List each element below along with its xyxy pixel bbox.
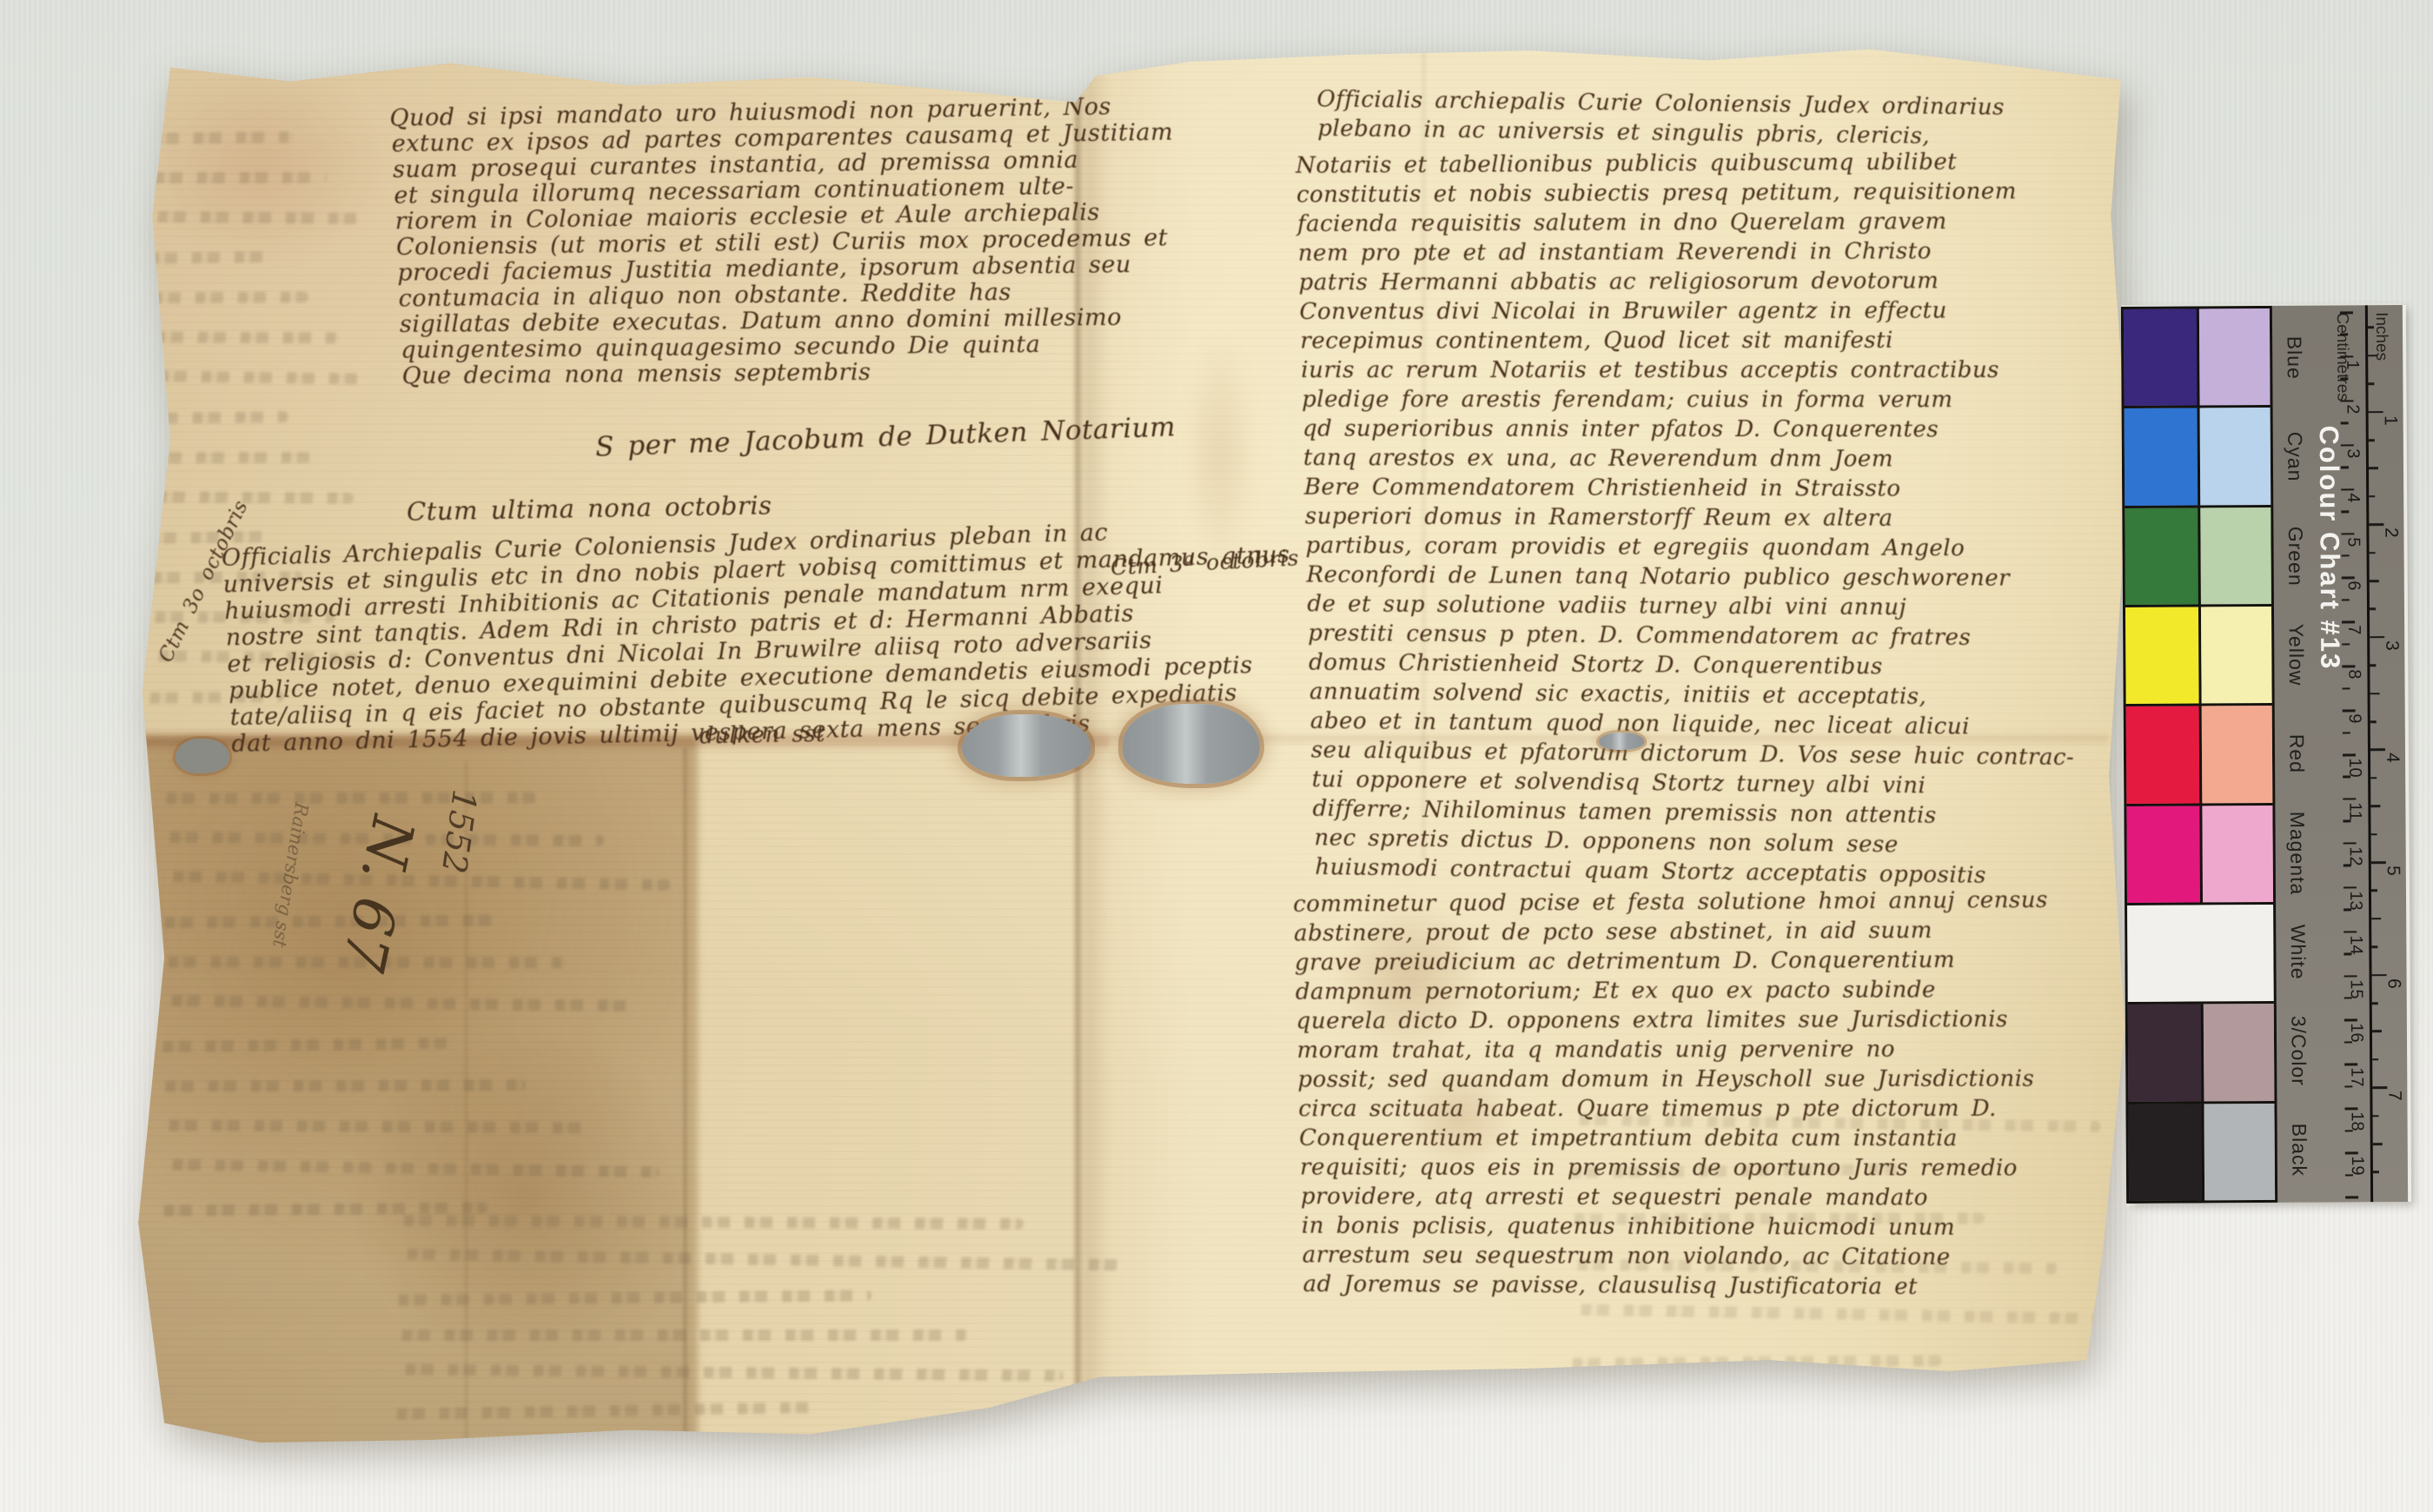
inch-tick xyxy=(2370,552,2376,554)
manuscript-sheet: Quod si ipsi mandato uro huiusmodi non p… xyxy=(130,48,2129,1447)
swatch-row-3-color xyxy=(2128,1004,2275,1104)
worm-hole-right xyxy=(1123,704,1260,784)
worm-hole-left xyxy=(962,714,1091,777)
inch-number: 3 xyxy=(2381,640,2402,651)
inch-tick xyxy=(2369,495,2375,498)
inch-tick xyxy=(2371,918,2381,920)
cm-tick xyxy=(2340,355,2353,358)
inch-number: 4 xyxy=(2382,753,2403,763)
bleedthrough-line xyxy=(168,1158,660,1177)
swatch-saturated xyxy=(2125,607,2202,704)
cm-tick xyxy=(2342,666,2355,668)
manuscript-line: providere, atq arresti et sequestri pena… xyxy=(1301,1182,2129,1213)
manuscript-line: moram trahat, ita q mandatis unig perven… xyxy=(1296,1034,2129,1065)
swatch-label: Green xyxy=(2275,507,2316,606)
manuscript-line: comminetur quod pcise et festa solutione… xyxy=(1293,885,2129,919)
cm-number: 16 xyxy=(2346,1024,2366,1043)
cm-number: 2 xyxy=(2343,404,2363,414)
cm-number: 10 xyxy=(2344,758,2364,777)
inch-tick xyxy=(2372,974,2387,977)
inch-tick xyxy=(2370,777,2377,779)
cm-tick xyxy=(2343,732,2350,734)
bleedthrough-line xyxy=(149,171,327,182)
right-page-main-text: Officialis archiepalis Curie Coloniensis… xyxy=(1291,88,2129,1302)
swatch-saturated xyxy=(2125,408,2201,506)
bleedthrough-line xyxy=(159,1202,487,1217)
inch-tick xyxy=(2372,1002,2378,1005)
inch-tick xyxy=(2371,945,2377,948)
manuscript-line: in bonis pclisis, quatenus inhibitione h… xyxy=(1302,1211,2129,1243)
bleedthrough-line xyxy=(161,1079,526,1092)
cm-tick xyxy=(2345,1196,2358,1198)
bleedthrough-line xyxy=(399,1215,1024,1230)
swatch-row-white xyxy=(2127,905,2274,1005)
manuscript-line: Reconfordi de Lunen tanq Notario publico… xyxy=(1307,560,2129,594)
bleedthrough-line xyxy=(157,1037,460,1052)
cm-tick xyxy=(2343,687,2350,690)
archival-number: N. 67 xyxy=(328,811,427,978)
bleedthrough-line xyxy=(152,491,354,504)
manuscript-line: Notariis et tabellionibus publicis quibu… xyxy=(1296,146,2129,181)
manuscript-line: partibus, coram providis et egregiis quo… xyxy=(1306,531,2129,564)
inch-tick xyxy=(2370,664,2376,666)
swatch-saturated xyxy=(2127,905,2274,1002)
inch-tick xyxy=(2373,1171,2379,1174)
cm-number: 9 xyxy=(2344,713,2364,723)
manuscript-line: circa scituata habeat. Quare timemus p p… xyxy=(1298,1094,2129,1124)
bleedthrough-line xyxy=(146,131,295,144)
cm-tick xyxy=(2341,422,2349,425)
inch-tick xyxy=(2368,327,2374,329)
manuscript-line: nem pro pte et ad instantiam Reverendi i… xyxy=(1298,235,2129,268)
manuscript-line: superiori domus in Ramerstorff Reum ex a… xyxy=(1305,501,2129,534)
cm-tick xyxy=(2341,444,2354,447)
swatch-label: Magenta xyxy=(2277,804,2317,903)
inch-tick xyxy=(2372,1086,2387,1089)
swatch-label: Yellow xyxy=(2276,606,2317,705)
manuscript-line: querela dicto D. opponens extra limites … xyxy=(1296,1005,2129,1037)
swatch-label: Cyan xyxy=(2275,408,2316,507)
manuscript-line: possit; sed quandam domum in Heyscholl s… xyxy=(1297,1064,2129,1094)
manuscript-line: qd superioribus annis inter pfatos D. Co… xyxy=(1303,414,2129,444)
cm-tick xyxy=(2342,599,2350,601)
color-chart: BlueCyanGreenYellowRedMagentaWhite3/Colo… xyxy=(2121,305,2408,1204)
cm-number: 5 xyxy=(2343,537,2363,547)
manuscript-line: facienda requisitis salutem in dno Quere… xyxy=(1297,206,2129,239)
cm-tick xyxy=(2344,842,2357,845)
cm-tick xyxy=(2343,753,2356,756)
manuscript-line: recepimus continentem, Quod licet sit ma… xyxy=(1300,325,2129,355)
cm-tick xyxy=(2343,709,2356,712)
cm-number: 1 xyxy=(2342,360,2362,369)
bleedthrough-line xyxy=(169,871,671,891)
cm-tick xyxy=(2345,1151,2358,1154)
swatch-row-green xyxy=(2125,507,2271,607)
cm-tick xyxy=(2343,798,2356,800)
inch-tick xyxy=(2371,833,2377,836)
inch-tick xyxy=(2370,720,2377,723)
inch-tick xyxy=(2370,805,2380,807)
bleedthrough-text-bottom xyxy=(391,1204,1130,1429)
swatch-saturated xyxy=(2126,706,2203,804)
bleedthrough-line xyxy=(145,411,289,424)
manuscript-line: arrestum seu sequestrum non violando, ac… xyxy=(1303,1240,2129,1272)
cm-tick xyxy=(2344,1108,2357,1111)
swatch-label: Blue xyxy=(2274,308,2315,408)
swatch-saturated xyxy=(2128,1005,2204,1102)
swatch-row-red xyxy=(2126,706,2273,806)
worm-hole-edge xyxy=(176,739,229,773)
manuscript-line: grave preiudicium ac detrimentum D. Conq… xyxy=(1295,945,2129,978)
swatch-saturated xyxy=(2125,507,2201,605)
archival-photograph: Quod si ipsi mandato uro huiusmodi non p… xyxy=(0,0,2433,1512)
swatch-tint xyxy=(2204,1104,2275,1201)
bleedthrough-line xyxy=(392,1402,816,1420)
left-page-crease xyxy=(682,747,688,1447)
cm-tick xyxy=(2344,975,2357,978)
cm-tick xyxy=(2342,621,2355,624)
inch-tick xyxy=(2368,355,2377,357)
swatch-tint xyxy=(2202,706,2273,803)
cm-number: 6 xyxy=(2344,581,2363,591)
manuscript-line: requisiti; quos eis in premissis de opor… xyxy=(1300,1152,2129,1183)
inch-tick xyxy=(2370,636,2384,639)
swatch-row-magenta xyxy=(2126,806,2273,905)
cm-number: 18 xyxy=(2347,1111,2367,1131)
bleedthrough-line xyxy=(397,1330,968,1341)
inch-number: 2 xyxy=(2380,527,2401,538)
cm-number: 12 xyxy=(2345,846,2365,865)
cm-number: 14 xyxy=(2345,935,2365,954)
bleedthrough-line xyxy=(154,370,373,384)
bleedthrough-line xyxy=(148,291,308,303)
color-swatch-grid xyxy=(2121,306,2277,1204)
cm-tick xyxy=(2344,931,2357,933)
color-chart-title: Colour Chart #13 xyxy=(2313,425,2346,670)
inch-number: 7 xyxy=(2383,1091,2404,1101)
bleedthrough-line xyxy=(1568,1355,1943,1369)
bleedthrough-line xyxy=(150,331,340,343)
inch-tick xyxy=(2370,749,2385,752)
bleedthrough-line xyxy=(401,1364,1064,1382)
swatch-tint xyxy=(2201,607,2272,704)
inch-tick xyxy=(2369,439,2375,441)
cm-number: 4 xyxy=(2343,493,2363,502)
inch-tick xyxy=(2373,1115,2379,1117)
left-page-closing: dulken sst xyxy=(699,721,826,750)
inch-number: 1 xyxy=(2380,415,2401,426)
bleedthrough-line xyxy=(164,1120,593,1134)
cm-tick xyxy=(2343,820,2350,823)
inch-number: 5 xyxy=(2383,865,2403,876)
cm-number: 8 xyxy=(2344,669,2363,679)
cm-number: 17 xyxy=(2346,1068,2366,1087)
cm-tick xyxy=(2342,643,2350,646)
inches-label: Inches xyxy=(2371,312,2390,361)
swatch-label: Red xyxy=(2277,705,2317,804)
manuscript-paper: Quod si ipsi mandato uro huiusmodi non p… xyxy=(130,48,2129,1447)
cm-tick xyxy=(2341,488,2354,491)
bleedthrough-line xyxy=(1576,1303,2129,1324)
swatch-row-black xyxy=(2128,1104,2275,1201)
cm-tick xyxy=(2341,510,2349,513)
cm-tick xyxy=(2342,577,2355,580)
manuscript-line: iuris ac rerum Notariis et testibus acce… xyxy=(1301,355,2129,385)
cm-tick xyxy=(2344,1019,2357,1022)
inch-tick xyxy=(2369,523,2383,526)
cm-tick xyxy=(2340,378,2348,381)
cm-tick xyxy=(2341,467,2349,469)
cm-number: 15 xyxy=(2346,979,2366,998)
manuscript-line: Conquerentium et impetrantium debita cum… xyxy=(1299,1124,2129,1154)
inch-tick xyxy=(2370,693,2380,695)
swatch-row-yellow xyxy=(2125,607,2272,706)
cm-number: 13 xyxy=(2345,891,2365,910)
bleedthrough-line xyxy=(394,1290,872,1305)
cm-tick xyxy=(2344,886,2357,889)
bleedthrough-line xyxy=(160,914,499,928)
cm-tick xyxy=(2342,554,2350,557)
swatch-row-blue xyxy=(2124,308,2271,408)
cm-number: 3 xyxy=(2343,448,2363,458)
manuscript-line: abstinere, prout de pcto sese abstinet, … xyxy=(1294,915,2129,949)
inch-tick xyxy=(2369,411,2383,414)
manuscript-line: ad Joremus se pavisse, clausulisq Justif… xyxy=(1303,1270,2129,1303)
left-page-main-text: Quod si ipsi mandato uro huiusmodi non p… xyxy=(385,96,1117,391)
cm-tick xyxy=(2340,334,2348,336)
swatch-label: Black xyxy=(2278,1101,2319,1200)
manuscript-line: dampnum pernotorium; Et ex quo ex pacto … xyxy=(1295,974,2129,1006)
cm-tick xyxy=(2340,311,2353,314)
inch-number: 6 xyxy=(2383,978,2404,989)
bleedthrough-line xyxy=(149,451,322,462)
bleedthrough-line xyxy=(153,210,360,223)
manuscript-line: patris Hermanni abbatis ac religiosorum … xyxy=(1298,266,2129,298)
bleedthrough-line xyxy=(144,250,276,263)
manuscript-line: pledige fore arestis ferendam; cuius in … xyxy=(1302,385,2129,415)
inch-tick xyxy=(2372,1058,2378,1061)
left-page-docket-heading: Ctum ultima nona octobris xyxy=(407,490,772,526)
notary-signature-line: S per me Jacobum de Dutken Notarium xyxy=(595,411,1177,462)
swatch-label: 3/Color xyxy=(2278,1002,2319,1101)
swatch-tint xyxy=(2202,806,2273,903)
swatch-tint xyxy=(2204,1004,2275,1101)
swatch-label: White xyxy=(2277,903,2318,1002)
swatch-tint xyxy=(2199,308,2271,406)
worm-hole-small xyxy=(1599,733,1644,750)
swatch-saturated xyxy=(2126,806,2203,903)
inch-tick xyxy=(2373,1143,2383,1145)
manuscript-line: Conventus divi Nicolai in Bruwiler agent… xyxy=(1299,295,2129,327)
cm-tick xyxy=(2344,1064,2357,1066)
bleedthrough-line xyxy=(167,995,633,1011)
inch-tick xyxy=(2369,468,2378,470)
archival-side-note: Rainersberg sst xyxy=(268,801,312,949)
inch-tick xyxy=(2372,1031,2382,1033)
cm-number: 7 xyxy=(2344,626,2363,635)
cm-tick xyxy=(2341,533,2354,535)
swatch-saturated xyxy=(2124,308,2200,406)
swatch-row-cyan xyxy=(2125,408,2271,507)
cm-number: 19 xyxy=(2347,1156,2367,1175)
inch-tick xyxy=(2368,382,2374,385)
inch-tick xyxy=(2371,861,2386,864)
archival-year: 1552 xyxy=(434,787,484,876)
cm-number: 11 xyxy=(2344,802,2364,820)
swatch-saturated xyxy=(2128,1104,2204,1201)
cm-tick xyxy=(2341,400,2354,402)
manuscript-line: tanq arestos ex una, ac Reverendum dnm J… xyxy=(1303,443,2129,474)
manuscript-line: constitutis et nobis subiectis presq pet… xyxy=(1296,176,2129,210)
swatch-tint xyxy=(2200,507,2271,605)
manuscript-line: Bere Commendatorem Christienheid in Stra… xyxy=(1304,473,2129,505)
inch-tick xyxy=(2371,890,2377,892)
bleedthrough-line xyxy=(402,1249,1120,1271)
inch-tick xyxy=(2370,580,2379,582)
manuscript-line: Que decima nona mensis septembris xyxy=(401,357,1117,389)
inch-tick xyxy=(2370,608,2376,611)
swatch-tint xyxy=(2200,408,2271,505)
